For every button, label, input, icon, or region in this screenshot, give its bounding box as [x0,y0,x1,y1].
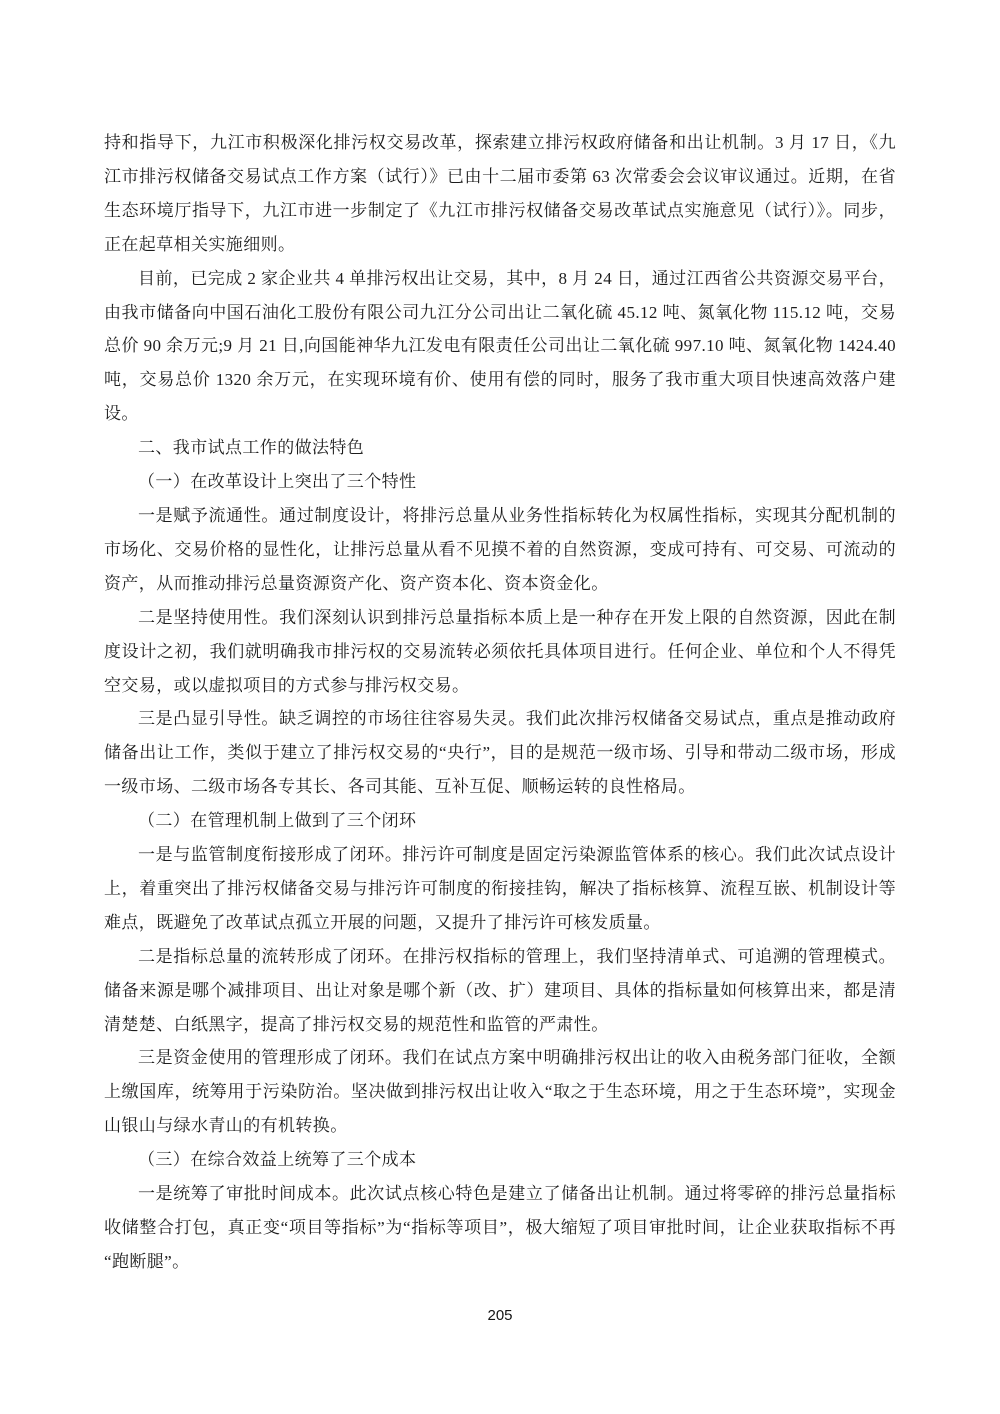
section-heading-2: 二、我市试点工作的做法特色 [104,431,896,465]
paragraph-transactions: 目前，已完成 2 家企业共 4 单排污权出让交易，其中，8 月 24 日，通过江… [104,262,896,432]
paragraph-loop-funds: 三是资金使用的管理形成了闭环。我们在试点方案中明确排污权出让的收入由税务部门征收… [104,1041,896,1143]
paragraph-liquidity: 一是赋予流通性。通过制度设计，将排污总量从业务性指标转化为权属性指标，实现其分配… [104,499,896,601]
subsection-heading-2: （二）在管理机制上做到了三个闭环 [104,804,896,838]
subsection-heading-1: （一）在改革设计上突出了三个特性 [104,465,896,499]
paragraph-usability: 二是坚持使用性。我们深刻认识到排污总量指标本质上是一种存在开发上限的自然资源，因… [104,601,896,703]
paragraph-loop-quota: 二是指标总量的流转形成了闭环。在排污权指标的管理上，我们坚持清单式、可追溯的管理… [104,940,896,1042]
paragraph-continuation: 持和指导下，九江市积极深化排污权交易改革，探索建立排污权政府储备和出让机制。3 … [104,126,896,262]
page-number: 205 [0,1304,1000,1328]
subsection-heading-3: （三）在综合效益上统筹了三个成本 [104,1143,896,1177]
text-body: 持和指导下，九江市积极深化排污权交易改革，探索建立排污权政府储备和出让机制。3 … [104,126,896,1279]
paragraph-loop-regulation: 一是与监管制度衔接形成了闭环。排污许可制度是固定污染源监管体系的核心。我们此次试… [104,838,896,940]
paragraph-guidance: 三是凸显引导性。缺乏调控的市场往往容易失灵。我们此次排污权储备交易试点，重点是推… [104,702,896,804]
paragraph-approval-time: 一是统筹了审批时间成本。此次试点核心特色是建立了储备出让机制。通过将零碎的排污总… [104,1177,896,1279]
document-page: 持和指导下，九江市积极深化排污权交易改革，探索建立排污权政府储备和出让机制。3 … [0,0,1000,1414]
